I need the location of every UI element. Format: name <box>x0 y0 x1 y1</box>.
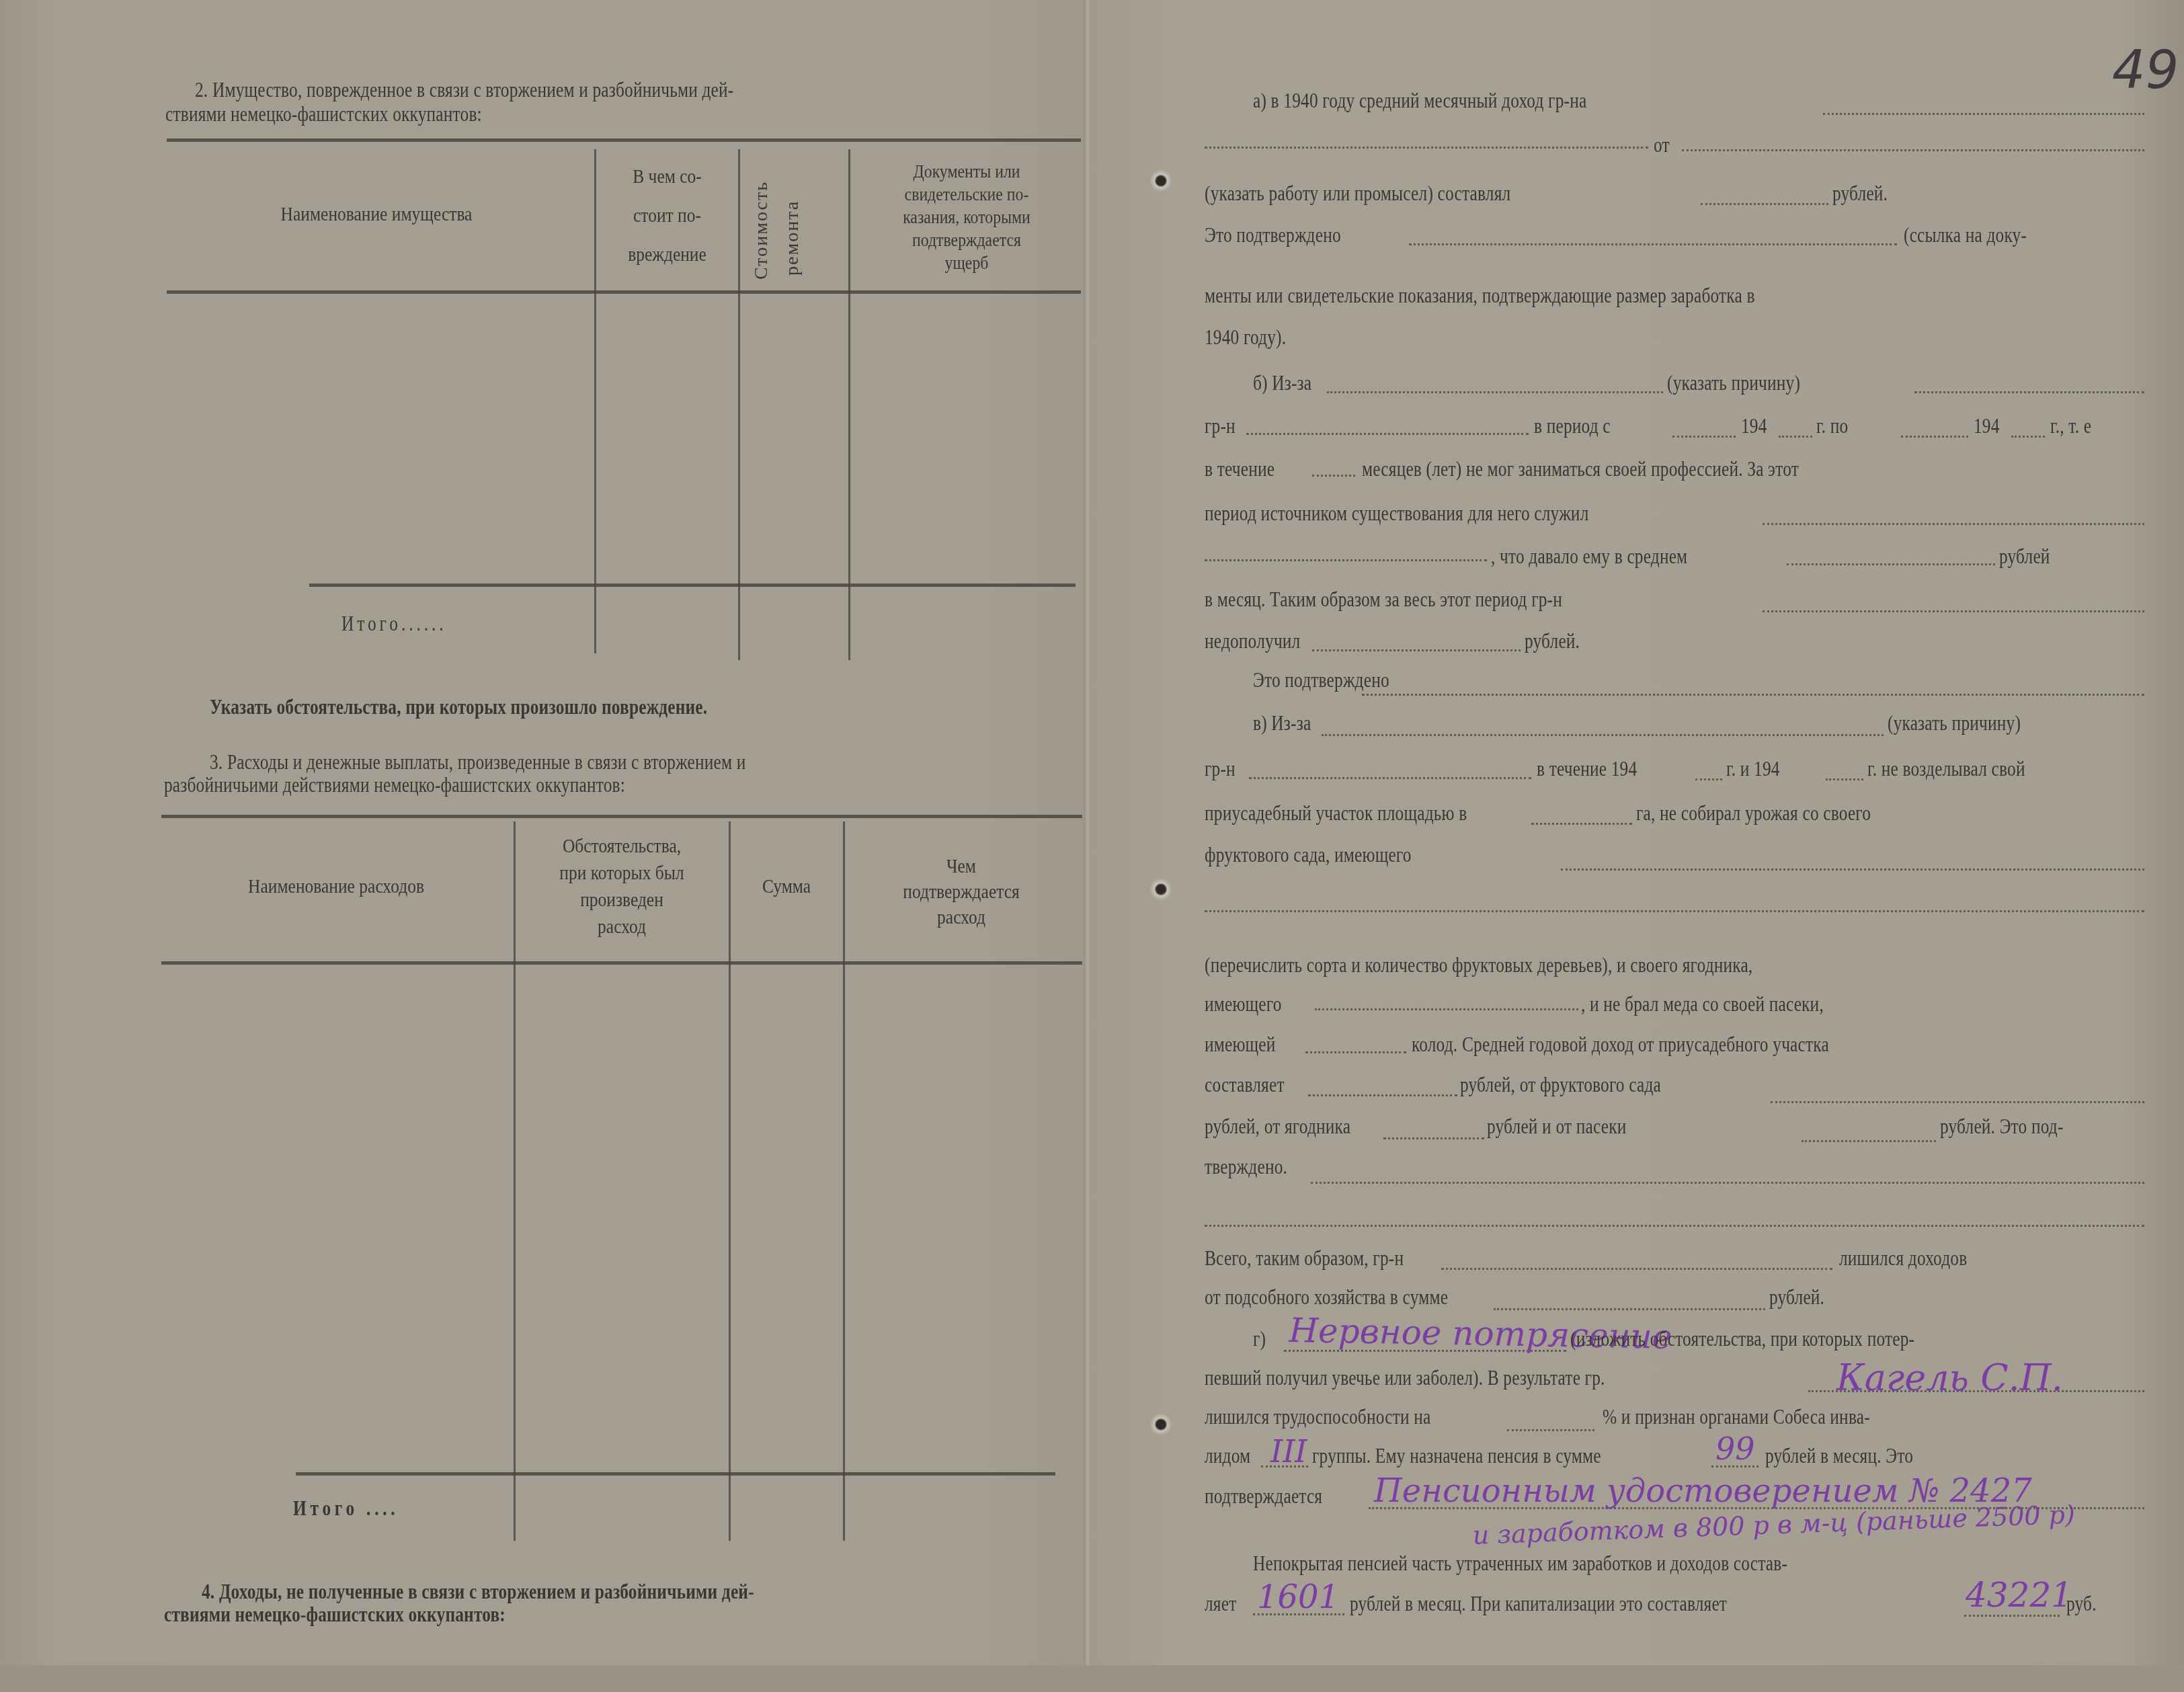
v-line7b: колод. Средней годовой доход от приусаде… <box>1412 1034 1829 1055</box>
b-reason-field[interactable] <box>1327 390 1663 393</box>
v-orchard-field[interactable] <box>1561 867 2144 871</box>
b-line2b: в период с <box>1534 415 1611 436</box>
table3-header-circumstances-l3: произведен <box>533 887 711 913</box>
g-line4b: группы. Ему назначена пенсия в сумме <box>1312 1445 1601 1466</box>
b-to-year-field[interactable] <box>2011 434 2045 438</box>
v-line3a: приусадебный участок площадью в <box>1205 803 1467 823</box>
v-apiary-income-field[interactable] <box>1802 1139 1936 1142</box>
g-line3a: лишился трудоспособности на <box>1205 1406 1430 1427</box>
v-line1a: в) Из-за <box>1253 713 1311 733</box>
b-line3b: месяцев (лет) не мог заниматься своей пр… <box>1362 458 1799 479</box>
b-line5b: рублей <box>1999 546 2050 567</box>
b-proof-field[interactable] <box>1362 692 2144 696</box>
b-reason-field-2[interactable] <box>1914 390 2144 393</box>
table2-header-cost-a: Стоимость <box>750 159 773 280</box>
g-line3b: % и признан органами Собеса инва- <box>1603 1406 1870 1427</box>
table3-total-label: Итого .... <box>293 1498 399 1519</box>
b-line8: Это подтверждено <box>1253 670 1389 690</box>
v-total-sum-field[interactable] <box>1494 1307 1765 1310</box>
v-proof-field[interactable] <box>1311 1180 2144 1184</box>
table3-col-divider-1 <box>514 821 516 1541</box>
b-citizen-field[interactable] <box>1246 432 1529 435</box>
v-proof-field-2[interactable] <box>1205 1223 2144 1227</box>
table3-header-circumstances-l2: при которых был <box>533 860 711 886</box>
a-work-field[interactable] <box>1205 145 1648 149</box>
table2-total-label: Итого...... <box>341 613 447 634</box>
v-line7a: имеющей <box>1205 1034 1276 1055</box>
a-line2-from: от <box>1654 134 1670 155</box>
v-year1-field[interactable] <box>1695 777 1722 780</box>
v-line6b: , и не брал меда со своей пасеки, <box>1581 994 1824 1014</box>
a-line3a: (указать работу или промысел) составлял <box>1205 183 1510 204</box>
b-source-field-2[interactable] <box>1205 558 1487 561</box>
table2-col-divider-3 <box>848 149 850 660</box>
table3-header-proof-l2: подтверждается <box>864 879 1059 905</box>
g-percent-field[interactable] <box>1507 1428 1594 1431</box>
a-line5: менты или свидетельские показания, подтв… <box>1205 285 1755 306</box>
g-line5a: подтверждается <box>1205 1486 1322 1506</box>
v-line11b: лишился доходов <box>1839 1248 1967 1268</box>
b-line1b: (указать причину) <box>1667 372 1800 393</box>
v-hives-field[interactable] <box>1305 1050 1406 1053</box>
b-line6: в месяц. Таким образом за весь этот пери… <box>1205 589 1562 610</box>
binding-hole <box>1149 1413 1172 1436</box>
v-line10: тверждено. <box>1205 1156 1287 1177</box>
table3-top-rule <box>161 815 1082 818</box>
table3-header-rule <box>161 961 1082 965</box>
v-line6a: имеющего <box>1205 994 1282 1014</box>
right-page: 49 а) в 1940 году средний месячный доход… <box>1090 0 2184 1692</box>
a-income-field[interactable] <box>1701 202 1828 205</box>
page-number: 49 <box>2112 40 2179 101</box>
g-line6a: Непокрытая пенсией часть утраченных им з… <box>1253 1553 1787 1574</box>
b-months-field[interactable] <box>1312 473 1355 477</box>
g-pension-handwritten: 99 <box>1715 1431 1755 1467</box>
table3-col-divider-2 <box>729 821 731 1541</box>
v-orchard-income-field[interactable] <box>1771 1100 2144 1103</box>
section3-title-line2: разбойничьими действиями немецко-фашистс… <box>164 774 625 795</box>
section4-title-line2: ствиями немецко-фашистских оккупантов: <box>164 1604 505 1625</box>
v-orchard-field-2[interactable] <box>1205 909 2144 912</box>
v-line2a: гр-н <box>1205 758 1236 779</box>
v-berry-income-field[interactable] <box>1383 1136 1484 1139</box>
b-line5a: , что давало ему в среднем <box>1491 546 1687 567</box>
b-line2e: 194 <box>1974 415 2000 436</box>
table2-header-rule <box>167 290 1081 294</box>
table3-total-rule <box>296 1472 1055 1476</box>
v-year2-field[interactable] <box>1826 777 1863 780</box>
table2-header-property-name: Наименование имущества <box>228 202 525 227</box>
g-capitalized-handwritten: 43221 <box>1966 1576 2072 1615</box>
v-line2b: в течение 194 <box>1537 758 1637 779</box>
b-line7b: рублей. <box>1525 631 1580 651</box>
v-berry-field[interactable] <box>1315 1007 1578 1010</box>
g-uncovered-handwritten: 1601 <box>1257 1578 1339 1616</box>
table2-top-rule <box>167 138 1081 142</box>
a-proof-field[interactable] <box>1409 242 1897 245</box>
v-line9a: рублей, от ягодника <box>1205 1116 1350 1137</box>
table3-header-circumstances-l1: Обстоятельства, <box>533 834 711 859</box>
table3-header-sum: Сумма <box>741 874 832 899</box>
v-line1b: (указать причину) <box>1888 713 2021 733</box>
b-from-year-field[interactable] <box>1779 434 1812 438</box>
circumstances-note: Указать обстоятельства, при которых прои… <box>210 696 707 717</box>
v-line8a: составляет <box>1205 1074 1285 1095</box>
left-page: 2. Имущество, поврежденное в связи с вто… <box>0 0 1089 1692</box>
a-line1: а) в 1940 году средний месячный доход гр… <box>1253 90 1586 111</box>
table2-header-docs-l5: ущерб <box>870 253 1064 274</box>
table2-col-divider-2 <box>738 149 740 660</box>
table2-col-divider-1 <box>594 149 596 653</box>
a-citizen-field[interactable] <box>1823 112 2144 115</box>
g-line7c: руб. <box>2066 1593 2097 1614</box>
table2-header-docs-l2: свидетельские по- <box>870 184 1064 206</box>
table3-header-proof-l3: расход <box>864 905 1059 930</box>
table3-header-expense-name: Наименование расходов <box>194 874 479 899</box>
section4-title-line1: 4. Доходы, не полученные в связи с вторж… <box>202 1581 754 1602</box>
g-line1a: г) <box>1253 1328 1266 1349</box>
table2-header-damage-l1: В чем со- <box>608 164 725 190</box>
table3-header-proof-l1: Чем <box>864 854 1059 879</box>
b-line2c: 194 <box>1741 415 1767 436</box>
b-citizen-field-2[interactable] <box>1763 609 2144 612</box>
section2-title-line1: 2. Имущество, поврежденное в связи с вто… <box>195 79 733 100</box>
v-line3b: га, не собирал урожая со своего <box>1636 803 1871 823</box>
a-line4b: (ссылка на доку- <box>1904 225 2027 245</box>
b-line2d: г. по <box>1816 415 1848 436</box>
a-line3b: рублей. <box>1832 183 1888 204</box>
b-average-field[interactable] <box>1787 562 1995 565</box>
g-line4c: рублей в месяц. Это <box>1765 1445 1913 1466</box>
v-reason-field[interactable] <box>1322 733 1884 736</box>
v-citizen-field[interactable] <box>1249 776 1531 779</box>
v-line4: фруктового сада, имеющего <box>1205 844 1412 865</box>
b-line2f: г., т. е <box>2050 415 2091 436</box>
b-shortfall-field[interactable] <box>1312 648 1521 651</box>
binding-hole <box>1149 878 1172 901</box>
table3-header-circumstances-l4: расход <box>533 914 711 940</box>
g-line4a: лидом <box>1205 1445 1250 1466</box>
b-source-field[interactable] <box>1763 522 2144 525</box>
binding-hole <box>1149 169 1172 192</box>
g-line2a: певший получил увечье или заболел). В ре… <box>1205 1367 1605 1388</box>
b-from-field[interactable] <box>1672 434 1736 438</box>
v-line11a: Всего, таким образом, гр-н <box>1205 1248 1404 1268</box>
v-line9b: рублей и от пасеки <box>1487 1116 1626 1137</box>
table2-header-docs-l1: Документы или <box>870 161 1064 183</box>
table3-col-divider-3 <box>843 821 845 1541</box>
g-group-handwritten: III <box>1270 1433 1307 1469</box>
v-line2d: г. не возделывал свой <box>1867 758 2025 779</box>
table2-header-docs-l4: подтверждается <box>870 230 1064 251</box>
table2-header-damage-l2: стоит по- <box>608 203 725 229</box>
g-victim-handwritten: Кагель С.П. <box>1836 1357 2063 1399</box>
v-line12a: от подсобного хозяйства в сумме <box>1205 1287 1448 1307</box>
section3-title-line1: 3. Расходы и денежные выплаты, произведе… <box>210 752 746 772</box>
v-area-field[interactable] <box>1531 821 1632 825</box>
g-line1b: (изложить обстоятельства, при которых по… <box>1570 1328 1914 1349</box>
b-to-field[interactable] <box>1901 434 1968 438</box>
section2-title-line2: ствиями немецко-фашистских оккупантов: <box>165 104 482 124</box>
table2-total-rule <box>309 583 1076 587</box>
v-line8b: рублей, от фруктового сада <box>1460 1074 1661 1095</box>
v-plot-income-field[interactable] <box>1308 1093 1457 1096</box>
g-line7a: ляет <box>1205 1593 1236 1614</box>
b-line3a: в течение <box>1205 458 1275 479</box>
table2-header-cost-b: ремонта <box>781 195 804 276</box>
scan-bottom-edge <box>0 1665 2184 1692</box>
v-line12b: рублей. <box>1769 1287 1824 1307</box>
a-line4a: Это подтверждено <box>1205 225 1341 245</box>
b-line7a: недополучил <box>1205 631 1300 651</box>
v-line9c: рублей. Это под- <box>1940 1116 2064 1137</box>
table2-header-damage-l3: вреждение <box>608 242 725 268</box>
v-line2c: г. и 194 <box>1726 758 1780 779</box>
b-line1a: б) Из-за <box>1253 372 1311 393</box>
a-line6: 1940 году). <box>1205 327 1286 348</box>
table2-header-docs-l3: казания, которыми <box>870 207 1064 229</box>
g-line7b: рублей в месяц. При капитализации это со… <box>1350 1593 1727 1614</box>
a-employer-field[interactable] <box>1682 148 2144 151</box>
v-line5: (перечислить сорта и количество фруктовы… <box>1205 955 1752 975</box>
b-line4: период источником существования для него… <box>1205 503 1589 524</box>
b-line2a: гр-н <box>1205 415 1236 436</box>
v-citizen-total-field[interactable] <box>1441 1266 1832 1270</box>
